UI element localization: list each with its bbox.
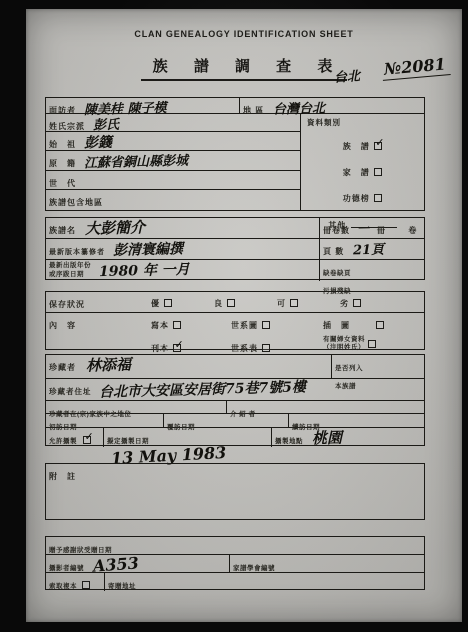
film-date-cell: 擬定攝製日期 13 May 1983 (103, 428, 271, 447)
send-address-label: 寄贈地址 (108, 583, 136, 590)
volumes-label: 冊卷數 (323, 226, 350, 235)
owner-cell: 珍藏者 林添福 (46, 355, 331, 378)
section-identification: 面訪者 陳美桂 陳子模 地 區 台灣台北 姓氏宗派 彭氏 始 祖 (45, 97, 425, 211)
listed-line2: 本族譜 (335, 383, 356, 390)
title-cell: 族譜名 大彭簡介 (46, 218, 319, 238)
document-paper: CLAN GENEALOGY IDENTIFICATION SHEET 族 譜 … (26, 9, 462, 622)
poor-label: 劣 (340, 299, 349, 308)
illustration-option: 插 圖 (323, 315, 424, 333)
film-permit-label: 允許攝製 (49, 438, 77, 445)
photographer-cell: 攝影者編號 A353 (46, 555, 229, 572)
category-option-gongdebang: 功德榜 (307, 188, 418, 206)
followup-visit-cell: 續訪日期 (288, 414, 424, 427)
filming-row: 允許攝製 ✓ 擬定攝製日期 13 May 1983 攝製地點 桃園 (46, 428, 424, 447)
film-place-label: 攝製地點 (275, 438, 303, 445)
manuscript-label: 寫本 (151, 321, 169, 330)
missing-cell: 缺卷缺頁 污損殘缺 (319, 260, 424, 281)
fair-label: 可 (277, 299, 286, 308)
ancestor-label: 始 祖 (49, 140, 76, 149)
title-row: 族譜名 大彭簡介 冊卷數 一 冊 卷 (46, 218, 424, 239)
pubyear-label-line2: 或序跋日期 (49, 271, 84, 278)
zupu-label: 族 譜 (343, 142, 370, 151)
photographer-label: 攝影者編號 (49, 565, 84, 572)
handwritten-region: 台北 (334, 70, 361, 85)
genealogy-title-value: 大彭簡介 (85, 220, 145, 237)
volumes-cell: 冊卷數 一 冊 卷 (319, 218, 424, 238)
gift-cell: 贈予感謝狀受贈日期 (46, 537, 115, 554)
check-mark: ✓ (84, 430, 93, 443)
excellent-label: 優 (151, 299, 160, 308)
numbers-row: 攝影者編號 A353 家譜學會編號 (46, 555, 424, 573)
photographer-value: A353 (93, 555, 140, 574)
illustration-label: 插 圖 (323, 321, 350, 330)
coverage-label: 族譜包含地區 (49, 198, 103, 207)
generation-cell: 世 代 (46, 171, 79, 189)
coverage-row: 族譜包含地區 (46, 190, 300, 210)
interviewer-row: 面訪者 陳美桂 陳子模 地 區 台灣台北 (46, 98, 424, 114)
first-visit-cell: 初訪日期 (46, 414, 163, 427)
film-permit-cell: 允許攝製 ✓ (46, 428, 103, 447)
jiapu-checkbox (374, 168, 382, 176)
jiapu-label: 家 譜 (343, 168, 370, 177)
chart-checkbox (262, 321, 270, 329)
origin-label: 原 籍 (49, 159, 76, 168)
content-row: 內 容 寫本 刊本 ✓ 世系圖 世系表 (46, 313, 424, 349)
section-admin: 贈予感謝狀受贈日期 攝影者編號 A353 家譜學會編號 索取複本 寄贈地址 (45, 536, 425, 590)
category-label: 資料類別 (307, 117, 418, 128)
pages-value: 21頁 (353, 244, 384, 258)
condition-label-cell: 保存狀況 (46, 292, 151, 312)
check-mark: ✓ (174, 338, 183, 351)
section-owner: 珍藏者 林添福 是否列入 本族譜 珍藏者住址 台北市大安區安居街75巷7號5樓 … (45, 354, 425, 446)
generation-row: 世 代 (46, 171, 300, 190)
film-date-label: 擬定攝製日期 (107, 438, 149, 445)
compiler-label: 最新版本纂修者 (49, 249, 105, 256)
table-label: 世系表 (231, 344, 258, 353)
gongdebang-checkbox (374, 194, 382, 202)
identification-body: 姓氏宗派 彭氏 始 祖 彭籛 原 籍 江蘇省銅山縣彭城 (46, 114, 424, 210)
region-value: 台灣台北 (273, 102, 325, 116)
surname-label: 姓氏宗派 (49, 122, 85, 131)
poor-checkbox (353, 299, 361, 307)
surname-value: 彭氏 (93, 119, 119, 133)
print-checkbox: ✓ (173, 344, 181, 352)
volume-unit-label: 冊 (377, 226, 386, 235)
category-option-zupu: 族 譜 ✓ (307, 136, 418, 154)
pubyear-value: 1980 年 一月 (99, 262, 190, 278)
position-row: 珍藏者在(宗)家族中之地位 介 紹 者 (46, 401, 424, 414)
address-value: 台北市大安區安居街75巷7號5樓 (99, 380, 306, 399)
listed-line1: 是否列入 (335, 365, 363, 372)
pages-cell: 頁 數 21頁 (319, 239, 424, 259)
zupu-checkbox: ✓ (374, 142, 382, 150)
condition-label: 保存狀況 (49, 300, 85, 309)
condition-fair: 可 (277, 293, 340, 311)
second-visit-cell: 覆訪日期 (163, 414, 288, 427)
pubyear-row: 最新出版年份 或序跋日期 1980 年 一月 缺卷缺頁 污損殘缺 (46, 260, 424, 281)
women-data-label: 有關婦女資料 （注明姓氏） (323, 336, 365, 352)
table-checkbox (262, 344, 270, 352)
women-data-checkbox (368, 340, 376, 348)
compiler-value: 彭清寰編撰 (113, 242, 183, 258)
juan-unit-label: 卷 (408, 226, 417, 235)
gift-label: 贈予感謝狀受贈日期 (49, 547, 112, 554)
pubyear-cell: 最新出版年份 或序跋日期 1980 年 一月 (46, 260, 319, 281)
volumes-value: 一 (357, 223, 369, 235)
copy-row: 索取複本 寄贈地址 (46, 573, 424, 591)
women-data-line1: 有關婦女資料 (323, 336, 365, 343)
content-col-extra: 插 圖 有關婦女資料 （注明姓氏） (323, 313, 424, 352)
address-cell: 珍藏者住址 台北市大安區安居街75巷7號5樓 (46, 379, 309, 400)
compiler-row: 最新版本纂修者 彭清寰編撰 頁 數 21頁 (46, 239, 424, 260)
notes-cell: 附 註 (46, 464, 424, 519)
good-label: 良 (214, 299, 223, 308)
manuscript-option: 寫本 (151, 315, 231, 333)
content-col-charts: 世系圖 世系表 (231, 313, 323, 356)
genealogy-title-label: 族譜名 (49, 226, 76, 235)
identification-left-col: 姓氏宗派 彭氏 始 祖 彭籛 原 籍 江蘇省銅山縣彭城 (46, 114, 301, 210)
gift-row: 贈予感謝狀受贈日期 (46, 537, 424, 555)
position-cell: 珍藏者在(宗)家族中之地位 (46, 401, 226, 413)
film-place-value: 桃園 (312, 431, 342, 447)
section-notes: 附 註 (45, 463, 425, 520)
owner-label: 珍藏者 (49, 363, 76, 372)
print-label: 刊本 (151, 344, 169, 353)
notes-label: 附 註 (49, 472, 76, 481)
chart-label: 世系圖 (231, 321, 258, 330)
pubyear-label-line1: 最新出版年份 (49, 262, 91, 269)
ancestor-cell: 始 祖 彭籛 (46, 132, 115, 150)
category-box: 資料類別 族 譜 ✓ 家 譜 功德榜 其他 (301, 114, 424, 210)
content-label-cell: 內 容 (46, 313, 151, 349)
excellent-checkbox (164, 299, 172, 307)
good-checkbox (227, 299, 235, 307)
condition-good: 良 (214, 293, 277, 311)
origin-row: 原 籍 江蘇省銅山縣彭城 (46, 151, 300, 171)
english-title: CLAN GENEALOGY IDENTIFICATION SHEET (26, 29, 462, 39)
introducer-cell: 介 紹 者 (226, 401, 424, 413)
missing-label-line1: 缺卷缺頁 (323, 270, 351, 277)
address-label: 珍藏者住址 (49, 387, 92, 396)
listed-cell: 是否列入 本族譜 (331, 355, 424, 378)
chart-option: 世系圖 (231, 315, 323, 333)
condition-poor: 劣 (340, 293, 361, 311)
origin-value: 江蘇省銅山縣彭城 (84, 155, 188, 171)
check-mark: ✓ (375, 136, 384, 149)
region-cell: 地 區 台灣台北 (239, 98, 424, 113)
pages-label: 頁 數 (323, 247, 344, 256)
address-row: 珍藏者住址 台北市大安區安居街75巷7號5樓 (46, 379, 424, 401)
category-option-jiapu: 家 譜 (307, 162, 418, 180)
women-data-option: 有關婦女資料 （注明姓氏） (323, 336, 424, 352)
copy-request-label: 索取複本 (49, 583, 77, 590)
film-place-cell: 攝製地點 桃園 (271, 428, 424, 447)
coverage-cell: 族譜包含地區 (46, 190, 106, 210)
condition-excellent: 優 (151, 293, 214, 311)
ancestor-value: 彭籛 (84, 136, 112, 151)
interviewer-cell: 面訪者 陳美桂 陳子模 (46, 98, 239, 113)
content-label: 內 容 (49, 321, 76, 330)
section-volume-info: 族譜名 大彭簡介 冊卷數 一 冊 卷 最新版本纂修者 彭清寰編撰 頁 數 21頁 (45, 217, 425, 280)
chinese-title: 族 譜 調 查 表 (141, 55, 348, 81)
visit-dates-row: 初訪日期 覆訪日期 續訪日期 (46, 414, 424, 428)
generation-label: 世 代 (49, 179, 76, 188)
owner-row: 珍藏者 林添福 是否列入 本族譜 (46, 355, 424, 379)
manuscript-checkbox (173, 321, 181, 329)
section-condition: 保存狀況 優 良 可 劣 內 容 (45, 291, 425, 350)
fair-checkbox (290, 299, 298, 307)
content-col-format: 寫本 刊本 ✓ (151, 313, 231, 356)
illustration-checkbox (376, 321, 384, 329)
origin-cell: 原 籍 江蘇省銅山縣彭城 (46, 151, 191, 170)
send-address-cell: 寄贈地址 (104, 573, 424, 591)
film-permit-checkbox: ✓ (83, 436, 91, 444)
interviewer-value: 陳美桂 陳子模 (84, 102, 167, 117)
gongdebang-label: 功德榜 (343, 194, 370, 203)
copy-request-cell: 索取複本 (46, 573, 104, 591)
society-number-label: 家譜學會編號 (233, 565, 275, 572)
condition-row: 保存狀況 優 良 可 劣 (46, 292, 424, 313)
ancestor-row: 始 祖 彭籛 (46, 132, 300, 151)
compiler-cell: 最新版本纂修者 彭清寰編撰 (46, 239, 319, 259)
pubyear-label: 最新出版年份 或序跋日期 (49, 262, 91, 278)
copy-request-checkbox (82, 581, 90, 589)
women-data-line2: （注明姓氏） (323, 344, 365, 351)
society-number-cell: 家譜學會編號 (229, 555, 424, 572)
owner-value: 林添福 (86, 357, 131, 373)
